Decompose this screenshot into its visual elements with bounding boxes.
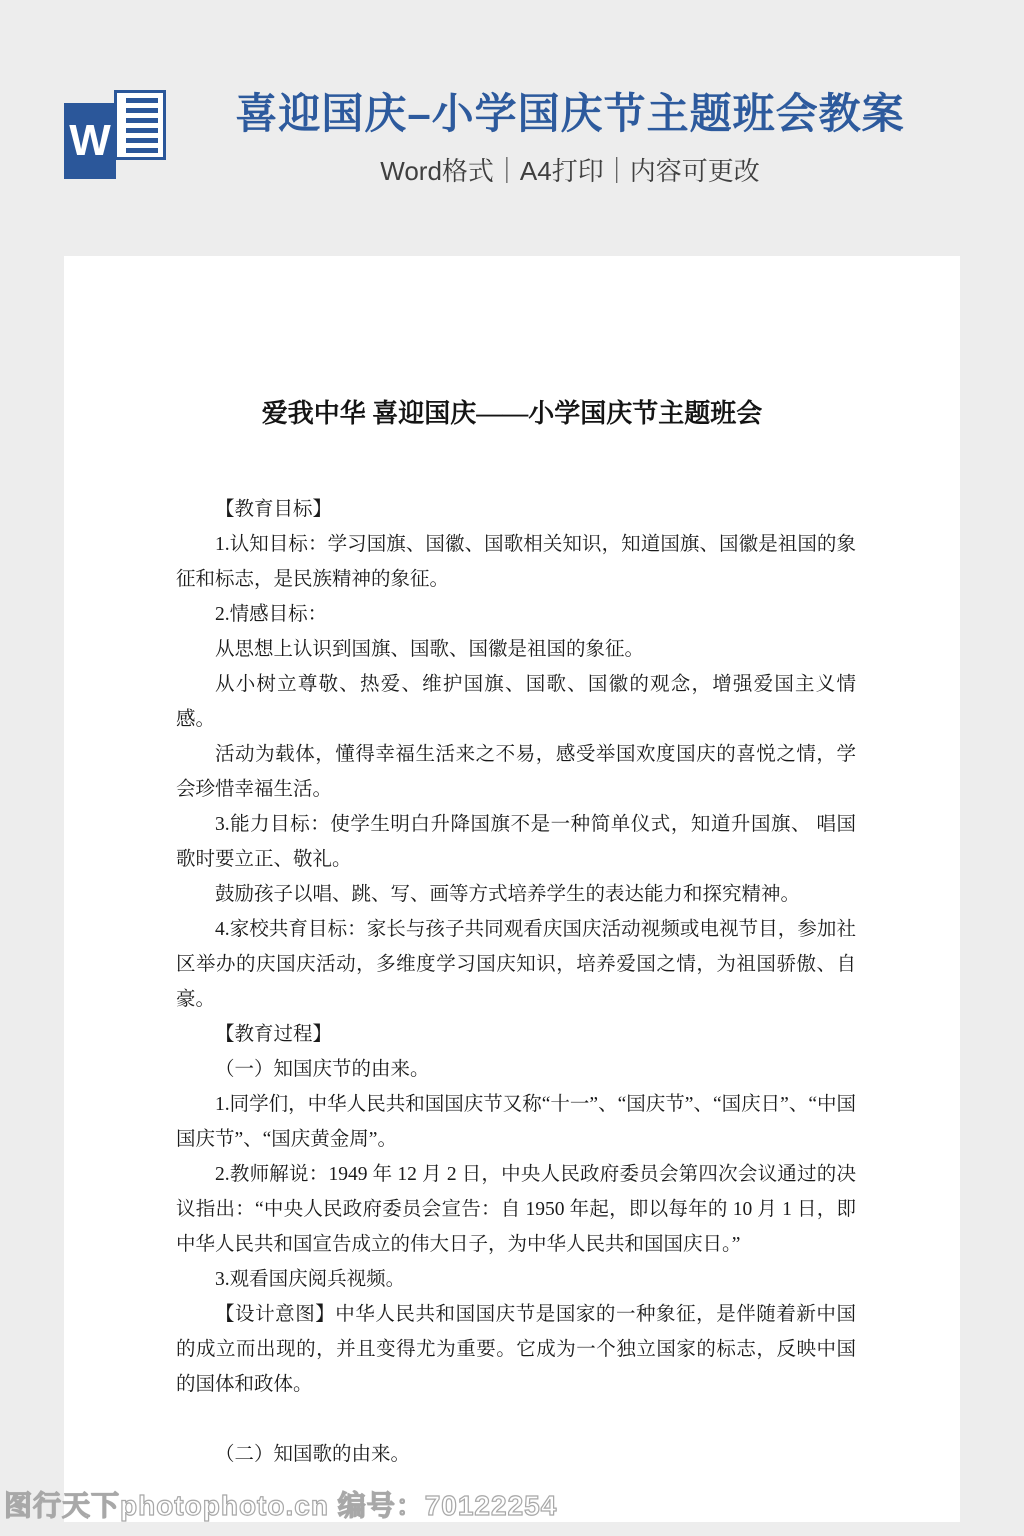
watermark-text: 图行天下photophoto.cn 编号：70122254 [4, 1484, 557, 1524]
paragraph-emotional-goal-3: 活动为载体，懂得幸福生活来之不易，感受举国欢度国庆的喜悦之情，学会珍惜幸福生活。 [176, 737, 856, 807]
header-title: 喜迎国庆–小学国庆节主题班会教案 [190, 90, 950, 138]
word-logo-page [114, 90, 166, 160]
document-page: 爱我中华 喜迎国庆——小学国庆节主题班会 【教育目标】 1.认知目标：学习国旗、… [64, 256, 960, 1522]
paragraph-emotional-goal-2: 从小树立尊敬、热爱、维护国旗、国歌、国徽的观念，增强爱国主义情感。 [176, 667, 856, 737]
paragraph-ability-goal: 3.能力目标：使学生明白升降国旗不是一种简单仪式，知道升国旗、 唱国歌时要立正、… [176, 807, 856, 877]
paragraph-section-two-heading: （二）知国歌的由来。 [176, 1437, 856, 1472]
paragraph-education-process-heading: 【教育过程】 [176, 1017, 856, 1052]
document-title: 爱我中华 喜迎国庆——小学国庆节主题班会 [64, 256, 960, 432]
word-logo-icon: W [64, 88, 168, 182]
paragraph-emotional-goal-1: 从思想上认识到国旗、国歌、国徽是祖国的象征。 [176, 632, 856, 667]
paragraph-home-school-goal: 4.家校共育目标：家长与孩子共同观看庆国庆活动视频或电视节目，参加社区举办的庆国… [176, 912, 856, 1017]
header-subtitle: Word格式｜A4打印｜内容可更改 [190, 151, 950, 188]
paragraph-encourage: 鼓励孩子以唱、跳、写、画等方式培养学生的表达能力和探究精神。 [176, 877, 856, 912]
paragraph-design-intent: 【设计意图】中华人民共和国国庆节是国家的一种象征，是伴随着新中国的成立而出现的，… [176, 1297, 856, 1402]
word-logo-text-lines [126, 98, 158, 153]
paragraph-education-goals-heading: 【教育目标】 [176, 492, 856, 527]
word-logo-w-plate: W [64, 103, 116, 179]
paragraph-teacher-explanation: 2.教师解说：1949 年 12 月 2 日，中央人民政府委员会第四次会议通过的… [176, 1157, 856, 1262]
paragraph-cognitive-goal: 1.认知目标：学习国旗、国徽、国歌相关知识，知道国旗、国徽是祖国的象征和标志，是… [176, 527, 856, 597]
paragraph-emotional-goal-heading: 2.情感目标： [176, 597, 856, 632]
paragraph-watch-parade: 3.观看国庆阅兵视频。 [176, 1262, 856, 1297]
document-body: 【教育目标】 1.认知目标：学习国旗、国徽、国歌相关知识，知道国旗、国徽是祖国的… [176, 492, 856, 1472]
paragraph-national-day-names: 1.同学们，中华人民共和国国庆节又称“十一”、“国庆节”、“国庆日”、“中国国庆… [176, 1087, 856, 1157]
header: W 喜迎国庆–小学国庆节主题班会教案 Word格式｜A4打印｜内容可更改 [0, 0, 1024, 256]
paragraph-section-one-heading: （一）知国庆节的由来。 [176, 1052, 856, 1087]
header-text-block: 喜迎国庆–小学国庆节主题班会教案 Word格式｜A4打印｜内容可更改 [190, 90, 950, 188]
